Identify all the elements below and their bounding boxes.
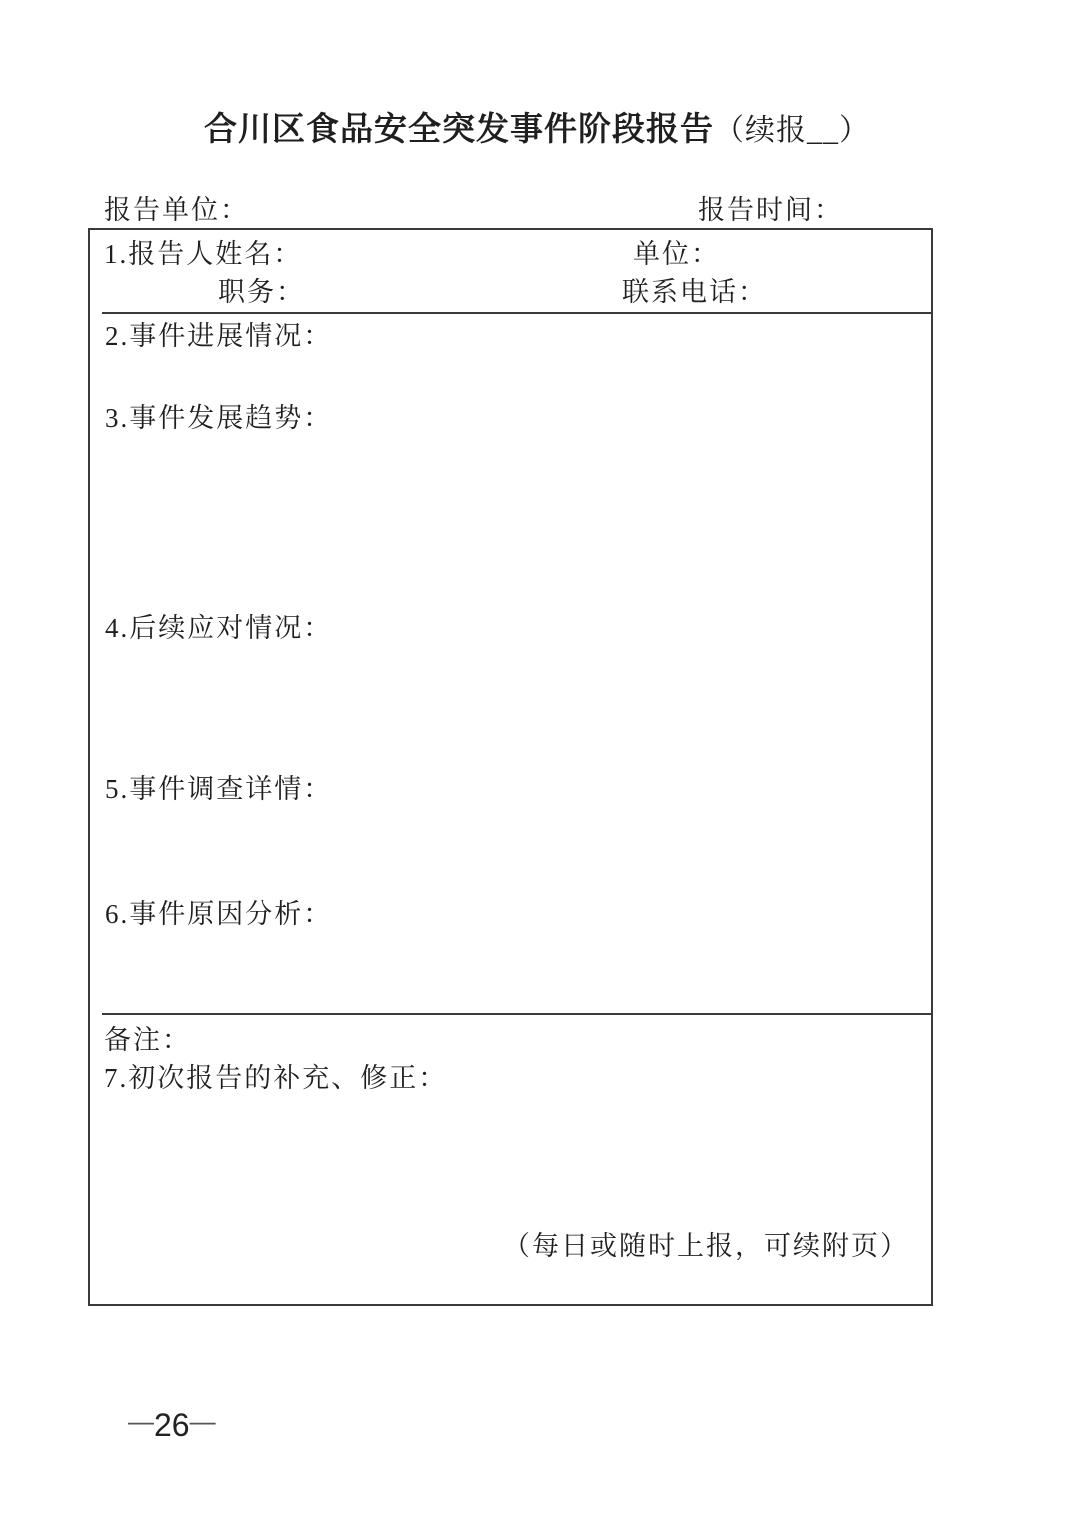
item-7-supplement-label: 7.初次报告的补充、修正： — [104, 1062, 447, 1094]
reporter-position-label: 职务： — [218, 276, 305, 308]
page-number-value: 26 — [154, 1407, 190, 1443]
reporter-unit-label: 单位： — [633, 238, 720, 270]
reporter-phone-label: 联系电话： — [622, 276, 767, 308]
item-6-cause-analysis-label: 6.事件原因分析： — [105, 898, 332, 930]
report-unit-label: 报告单位： — [104, 188, 249, 227]
page-number-dash-left: — — [128, 1406, 154, 1436]
row-divider-bottom — [102, 1013, 931, 1015]
item-3-trend-label: 3.事件发展趋势： — [105, 402, 332, 434]
reporter-name-label: 1.报告人姓名： — [104, 238, 302, 270]
remark-label: 备注： — [104, 1024, 191, 1056]
page-title: 合川区食品安全突发事件阶段报告（续报__） — [0, 103, 1074, 150]
item-5-investigation-label: 5.事件调查详情： — [105, 773, 332, 805]
page-number: —26— — [128, 1406, 216, 1444]
report-meta-line: 报告单位： 报告时间： — [0, 188, 1074, 220]
report-form-table: 1.报告人姓名： 单位： 职务： 联系电话： 2.事件进展情况： 3.事件发展趋… — [88, 228, 933, 1306]
page-title-main: 合川区食品安全突发事件阶段报告 — [204, 112, 714, 148]
page-title-paren: （续报__） — [714, 114, 870, 147]
page-number-dash-right: — — [190, 1406, 216, 1436]
row-divider-top — [102, 312, 931, 314]
item-4-followup-label: 4.后续应对情况： — [105, 612, 332, 644]
document-page: 合川区食品安全突发事件阶段报告（续报__） 报告单位： 报告时间： 1.报告人姓… — [0, 0, 1074, 1520]
submission-note: （每日或随时上报，可续附页） — [503, 1224, 909, 1263]
report-time-label: 报告时间： — [698, 188, 843, 227]
item-2-progress-label: 2.事件进展情况： — [105, 320, 332, 352]
